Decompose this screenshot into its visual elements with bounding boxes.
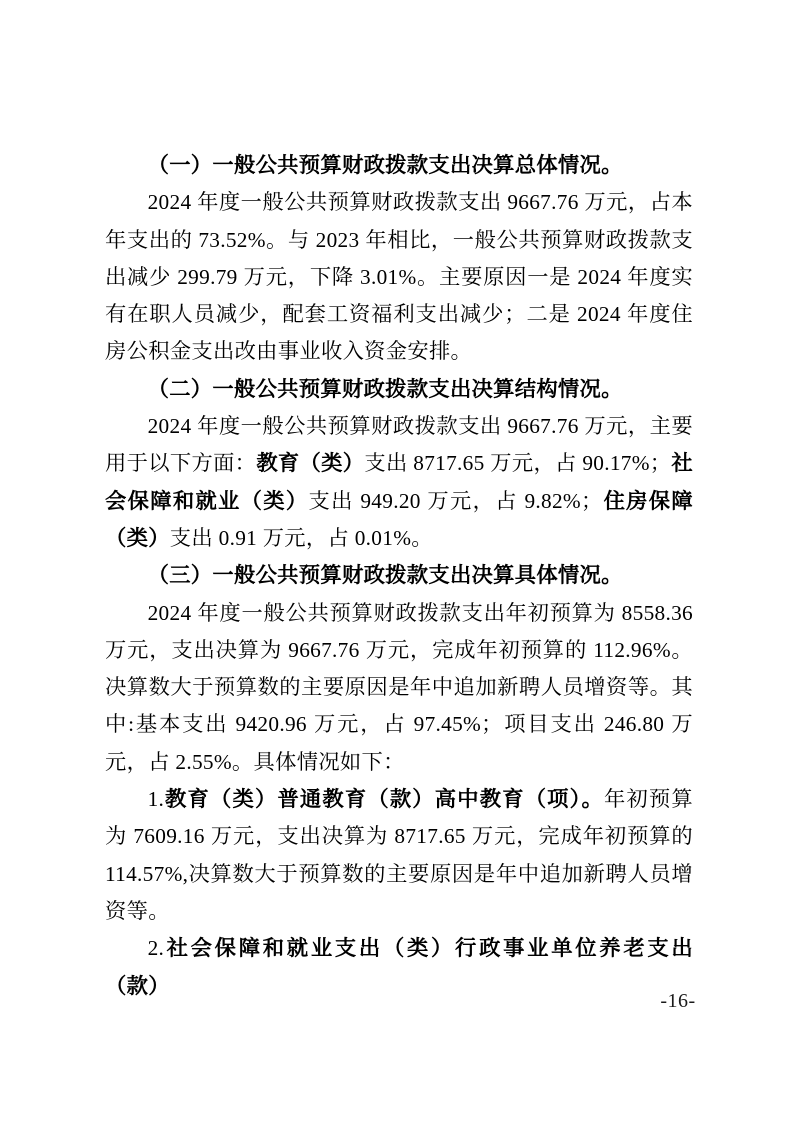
text-run: 2024 年度一般公共预算财政拨款支出 9667.76 万元，占本年支出的 73…	[105, 190, 693, 363]
section-heading-2: （二）一般公共预算财政拨款支出决算结构情况。	[105, 371, 693, 408]
text-run-item-number: 2.	[148, 936, 165, 960]
document-body: （一）一般公共预算财政拨款支出决算总体情况。 2024 年度一般公共预算财政拨款…	[105, 147, 693, 1005]
text-run: 支出 8717.65 万元，占 90.17%；	[364, 451, 671, 475]
text-run-item-2-title: 社会保障和就业支出（类）行政事业单位养老支出（款）	[105, 936, 693, 997]
paragraph-structure-situation: 2024 年度一般公共预算财政拨款支出 9667.76 万元，主要用于以下方面：…	[105, 408, 693, 557]
text-run-item-1-title: 教育（类）普通教育（款）高中教育（项）。	[164, 787, 604, 811]
section-heading-3: （三）一般公共预算财政拨款支出决算具体情况。	[105, 557, 693, 594]
text-run: 支出 0.91 万元，占 0.01%。	[170, 526, 433, 550]
text-run: 2024 年度一般公共预算财政拨款支出年初预算为 8558.36 万元，支出决算…	[105, 601, 693, 774]
document-page: （一）一般公共预算财政拨款支出决算总体情况。 2024 年度一般公共预算财政拨款…	[0, 0, 793, 1122]
paragraph-item-1-education: 1.教育（类）普通教育（款）高中教育（项）。年初预算为 7609.16 万元，支…	[105, 781, 693, 930]
section-heading-3-text: （三）一般公共预算财政拨款支出决算具体情况。	[148, 563, 623, 587]
section-heading-1: （一）一般公共预算财政拨款支出决算总体情况。	[105, 147, 693, 184]
paragraph-overall-situation: 2024 年度一般公共预算财政拨款支出 9667.76 万元，占本年支出的 73…	[105, 184, 693, 370]
text-run-item-number: 1.	[148, 787, 165, 811]
text-run: 支出 949.20 万元，占 9.82%；	[309, 489, 603, 513]
page-number: -16-	[648, 988, 708, 1014]
section-heading-2-text: （二）一般公共预算财政拨款支出决算结构情况。	[148, 377, 623, 401]
paragraph-item-2-social-security: 2.社会保障和就业支出（类）行政事业单位养老支出（款）	[105, 930, 693, 1005]
text-run-education-category: 教育（类）	[256, 451, 364, 475]
paragraph-specific-situation: 2024 年度一般公共预算财政拨款支出年初预算为 8558.36 万元，支出决算…	[105, 595, 693, 781]
section-heading-1-text: （一）一般公共预算财政拨款支出决算总体情况。	[148, 153, 623, 177]
